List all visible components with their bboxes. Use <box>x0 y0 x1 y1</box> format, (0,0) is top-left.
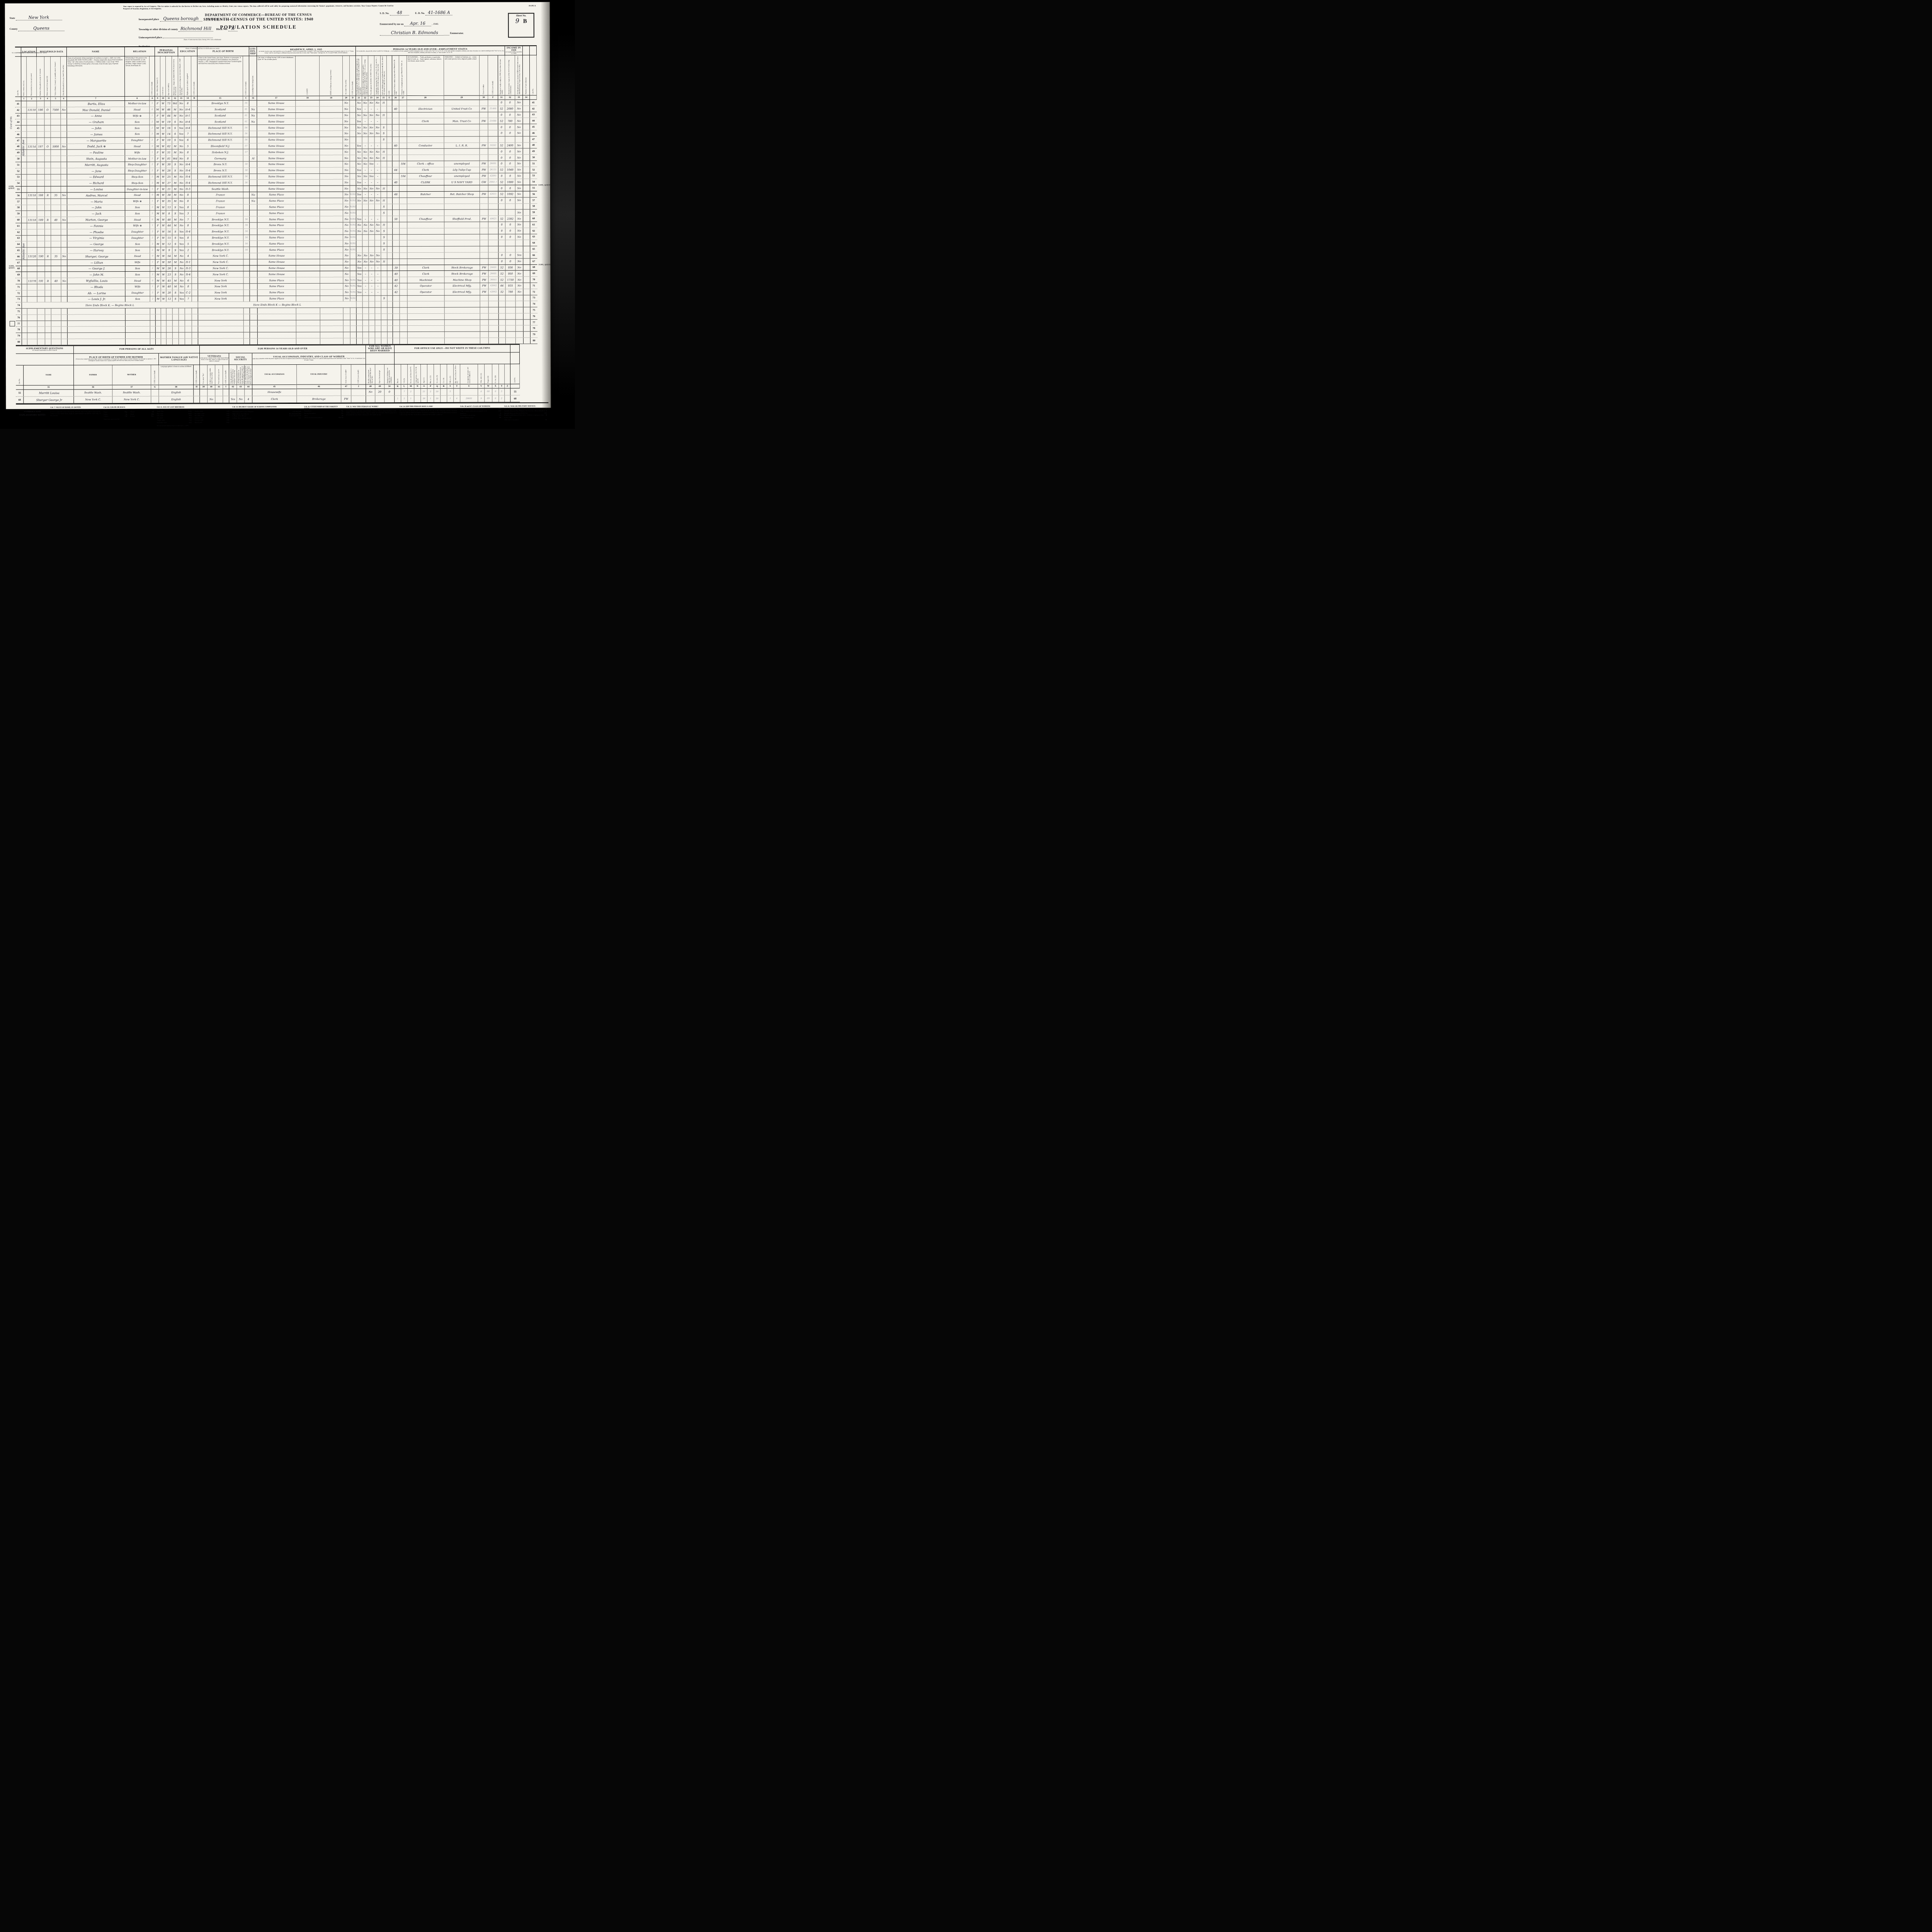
col-house-description: House number (in cities and towns) <box>27 57 37 97</box>
cell-78-c31 <box>499 326 506 332</box>
col-mar-desc-text: Marital status—Single (S), Married (M), … <box>173 56 177 96</box>
cell-44-A: 2 <box>150 119 155 125</box>
cell-65-c21 <box>356 247 362 253</box>
value-c22: No <box>363 156 367 160</box>
value-sch: No <box>179 151 183 154</box>
line-number: 66 <box>15 254 22 260</box>
cell-43-cty35 <box>296 112 320 118</box>
cell-55-own <box>45 187 51 192</box>
value-pob: Scotland <box>214 120 226 123</box>
cell-61-C: 56 <box>243 223 250 228</box>
value-A: 2 <box>151 163 153 166</box>
cell-44-cit: Na <box>249 119 257 125</box>
cell-45-age: 16 <box>166 125 172 131</box>
cell-60-pob: Brooklyn N.Y. <box>198 216 243 222</box>
cell-54-F: 2664 ✓ <box>488 179 498 185</box>
value-c26: 50 <box>394 218 397 221</box>
cell-77-A <box>150 321 156 327</box>
col-sch-number: 13 <box>178 97 184 101</box>
cell-53-occ: Chauffeur <box>407 173 444 179</box>
note-pair: Unpaid family workerNP <box>460 417 501 419</box>
value-race: W <box>162 285 165 288</box>
col-street-description: Street, avenue, road, etc. <box>21 57 27 97</box>
cell-78-street <box>22 327 27 333</box>
value-cls: PW <box>482 193 486 196</box>
col-P-number: P <box>427 384 434 389</box>
col-farm-description: Does this household live on a farm? (Yes… <box>61 56 67 97</box>
value-C: 56 <box>245 236 248 239</box>
cell-50-age: 81 <box>166 156 172 162</box>
col-S-number: S <box>447 384 454 389</box>
cell-80-race <box>161 339 167 345</box>
line-number: 70 <box>15 278 22 284</box>
cell-80-c22 <box>363 338 369 344</box>
cell-54-value <box>51 180 61 186</box>
col-s41-number: 41 <box>215 385 223 389</box>
cell-78-occ <box>408 326 445 332</box>
cell-68-cls: PW <box>480 265 488 270</box>
cell-47-hh <box>37 138 45 143</box>
cell-71-c33: No <box>516 283 524 289</box>
line-number-right: 53 <box>530 173 537 179</box>
value-grade: H-4 <box>185 181 190 184</box>
value-city35: Same Place <box>269 224 284 227</box>
col-race-description: Color or race <box>160 56 166 97</box>
cell-50-pob: Germany <box>198 155 243 161</box>
cell-45-c31: 0 <box>498 124 505 130</box>
cell-49-farm <box>61 150 67 156</box>
cell-55-c32: 0 <box>505 185 515 191</box>
cell-41-occ <box>407 100 444 106</box>
cell-56-c24: – <box>375 192 381 197</box>
cell-64-age: 12 <box>166 241 172 247</box>
note-section-4: Col. 14. HIGHEST GRADE OF SCHOOL COMPLET… <box>231 405 303 427</box>
cell-69-own <box>45 272 51 278</box>
cell-80-value <box>51 339 61 345</box>
group-location: LOCATION <box>21 48 37 57</box>
value-age: 38 <box>167 194 170 197</box>
col-cit-number: 16 <box>249 96 257 100</box>
cell-77-ind <box>445 320 480 325</box>
cell-52-C: 30 <box>243 168 250 173</box>
value-pob: France <box>216 206 225 209</box>
cell-55-c24: No <box>375 185 381 191</box>
col-C-number: C <box>243 96 249 100</box>
value-race: W <box>162 169 165 172</box>
cell-71-city35: Same Place <box>258 284 296 289</box>
cell-51-D <box>350 161 356 167</box>
cell-67-ind <box>444 259 480 264</box>
cell-41-race: W <box>160 101 166 107</box>
cell-55-st35 <box>320 186 343 192</box>
cell-68-sfa: New York C. <box>74 396 112 403</box>
value-c24: No <box>376 224 380 227</box>
cell-63-c21 <box>356 235 362 240</box>
cell-60-farm: No <box>61 217 67 223</box>
value-X: 0 <box>495 391 496 393</box>
cell-77-cls <box>480 320 489 325</box>
value-C: 30 <box>245 163 248 166</box>
block-end-note: Here Ends Block K. — Begins Block L <box>22 302 198 308</box>
cell-77-c25 <box>381 320 388 326</box>
cell-43-F <box>488 112 498 118</box>
cell-65-c25: S <box>381 247 387 252</box>
value-s49: 20 <box>378 391 381 394</box>
cell-52-own <box>45 168 51 174</box>
col-M-number: M <box>408 384 414 389</box>
cell-52-sex: F <box>155 168 161 174</box>
line-number: 55 <box>16 390 24 396</box>
value-name: — John <box>90 206 102 209</box>
cell-55-cit <box>250 186 257 192</box>
cell-72-c22: – <box>363 289 369 295</box>
cell-55-c27 <box>400 185 407 191</box>
cell-52-ind: Lily Tulip Cup <box>444 167 480 173</box>
township-label: Township or other division of county <box>139 28 178 31</box>
cell-52-house <box>27 168 37 174</box>
cell-64-c33 <box>515 240 523 246</box>
cell-62-pob: Brooklyn N.Y. <box>198 229 243 235</box>
cell-69-c33: No <box>515 271 523 277</box>
cell-45-C: 56 <box>243 125 249 131</box>
group-education: EDUCATION <box>178 47 197 56</box>
cell-45-c21: No <box>356 125 362 131</box>
value-c25: H <box>383 224 385 227</box>
group-label: FOR PERSONS 14 YEARS OLD AND OVER <box>258 348 307 350</box>
cell-63-grade: 8 <box>185 235 192 241</box>
value-ind: L. I. R. R. <box>456 144 468 147</box>
value-F: 21680 <box>490 120 496 122</box>
cell-49-house <box>27 150 37 156</box>
cell-46-cls <box>480 131 488 136</box>
cell-59-c21 <box>356 210 362 216</box>
cell-76-sch <box>179 315 185 320</box>
cell-64-sch: Yes <box>179 241 185 247</box>
form-header: 16-202 A Your report is required by Act … <box>7 3 548 47</box>
line-number: 69 <box>15 272 22 278</box>
line-number-right: 68 <box>530 265 537 270</box>
cell-80-A <box>150 339 156 345</box>
cell-52-value <box>51 168 61 174</box>
value-fm35: No <box>344 138 348 141</box>
cell-57-sch: No <box>179 198 185 204</box>
value-c31: 0 <box>501 101 502 104</box>
value-race: W <box>162 298 165 301</box>
value-A: 0 <box>152 218 153 221</box>
line-number: 54 <box>15 180 22 186</box>
cell-46-c24: No <box>374 131 381 136</box>
value-C: 61 <box>245 121 247 123</box>
line-number: 55 <box>15 187 22 192</box>
value-age: 26 <box>168 267 171 270</box>
cell-65-F <box>488 247 498 252</box>
cell-57-cls <box>480 197 488 203</box>
value-c32: 0 <box>509 199 511 202</box>
cell-75-fm35 <box>344 308 350 314</box>
cell-76-name <box>68 315 126 320</box>
value-c22: No <box>364 260 367 264</box>
cell-70-c32: 1750 <box>505 277 515 282</box>
cell-72-farm <box>61 290 68 296</box>
cell-72-pob: New York <box>198 290 244 296</box>
cell-52-cls: PW <box>480 167 488 173</box>
cell-68-race: W <box>161 265 166 271</box>
value-pob: Brooklyn N.Y. <box>212 218 229 221</box>
value-C: 56 <box>245 224 248 227</box>
cell-67-cit <box>250 259 257 265</box>
cell-44-st35 <box>320 119 343 124</box>
value-pob: New York C. <box>213 273 228 276</box>
col-age-description: Age at last birthday <box>166 56 172 97</box>
cell-79-hh <box>37 333 45 339</box>
cell-53-c32: 0 <box>505 173 515 179</box>
cell-48-c26: 60 <box>393 143 400 149</box>
value-grade: 7 <box>187 297 189 300</box>
cell-59-D: XOXO <box>350 210 356 216</box>
value-grade: 2 <box>187 248 189 252</box>
cell-68-c32: 936 <box>505 265 515 270</box>
cell-75-farm <box>61 309 68 315</box>
value-grade: H-4 <box>185 120 190 123</box>
cell-55-s44 <box>245 389 252 396</box>
value-city35: Same House <box>269 260 285 264</box>
value-A: 2 <box>152 267 153 270</box>
cell-73-sch: Yes <box>179 296 185 302</box>
cell-42-c32: 2080 <box>505 106 515 112</box>
col-smo-number: 37 <box>112 385 151 389</box>
cell-57-c32: 0 <box>505 197 515 203</box>
cell-78-cls <box>480 326 489 332</box>
value-mar: S <box>174 236 176 240</box>
cell-57-B <box>192 198 198 204</box>
col-c25-description: Indicate whether engaged in home housewo… <box>381 56 387 96</box>
cell-78-rel <box>126 327 150 332</box>
value-ind: unemployed <box>454 162 470 165</box>
col-house-desc-text: House number (in cities and towns) <box>30 72 33 96</box>
value-city35: Same Place <box>269 291 284 294</box>
cell-43-ind <box>444 112 480 118</box>
col-c24-number: 24 <box>374 96 381 100</box>
cell-59-c27 <box>400 210 407 216</box>
cell-46-c25: S <box>381 131 387 136</box>
cell-58-cit <box>250 204 257 210</box>
value-c32: 935 <box>508 284 513 287</box>
cell-62-c25: S <box>381 228 387 234</box>
cell-78-name <box>68 327 126 333</box>
cell-41-c25: H <box>381 100 387 106</box>
cell-62-mar: S <box>172 229 179 235</box>
cell-55-G <box>151 389 159 396</box>
value-fm35: No <box>344 126 348 129</box>
cell-76-E <box>388 314 393 320</box>
group-subtext: If born in the United States, give State… <box>74 359 158 362</box>
value-mar: S <box>174 163 176 166</box>
value-city35: Same House <box>269 254 285 257</box>
line-number: 67 <box>15 260 22 265</box>
cell-47-own <box>45 138 51 143</box>
cell-45-c23: No <box>368 125 374 131</box>
col-K-description: Ten (4) <box>395 364 401 384</box>
value-occ: Butcher <box>420 193 431 196</box>
value-Y: 5 <box>501 391 502 393</box>
value-c31: 0 <box>501 132 502 135</box>
cell-75-sch <box>179 308 185 314</box>
cell-66-name: Sherger, George <box>67 253 125 259</box>
value-F: 40621 <box>490 218 497 220</box>
cell-62-name: — Phoebe <box>67 229 125 235</box>
cell-76-rel <box>126 315 150 320</box>
cell-80-farm <box>61 339 68 345</box>
line-number-right: 79 <box>531 332 537 338</box>
cell-59-c31 <box>498 210 505 216</box>
note-section-7: Col. 24. DID THIS PERSON HAVE A JOB?Ente… <box>398 405 459 427</box>
line-number: 50 <box>15 156 22 162</box>
cell-63-hh <box>37 235 45 241</box>
cell-63-c32: 0 <box>505 234 515 240</box>
value-own: R <box>47 194 49 197</box>
value-c22: No <box>364 230 367 233</box>
cell-45-F <box>488 124 498 130</box>
cell-55-slang: English <box>159 389 194 396</box>
cell-66-c32: 0 <box>505 252 515 258</box>
cell-52-D <box>350 167 356 173</box>
value-sex: F <box>157 200 159 203</box>
cell-57-c33: No <box>515 197 523 203</box>
cell-48-farm: No <box>61 144 67 150</box>
cell-55-H <box>194 389 200 396</box>
cell-46-cit <box>249 131 257 137</box>
value-age: 30 <box>167 163 170 166</box>
cell-62-hh <box>37 229 45 235</box>
cell-68-Z <box>505 395 510 402</box>
cell-68-F: 26681 <box>488 265 498 270</box>
cell-67-city35: Same House <box>257 259 296 265</box>
value-rel: Wife ⊗ <box>133 200 142 203</box>
cell-69-c31: 52 <box>498 271 505 277</box>
cell-57-ind <box>444 197 480 203</box>
cell-77-sex <box>156 320 161 326</box>
cell-47-c23 <box>369 137 375 143</box>
value-c21: No <box>357 132 361 135</box>
cell-74-F <box>489 301 499 307</box>
cell-69-ind: Stock Brokerage <box>444 271 480 277</box>
cell-61-house <box>27 223 37 229</box>
value-pob: New York C. <box>213 255 228 258</box>
value-c33: No <box>517 101 521 104</box>
cell-42-A: 0 <box>150 107 155 113</box>
cell-60-sex: M <box>155 217 161 223</box>
cell-79-B <box>192 333 198 338</box>
value-pob: Brooklyn N.Y. <box>212 230 229 233</box>
value-name: — Harvey <box>88 248 104 252</box>
cell-77-grade <box>185 320 192 326</box>
cell-52-B <box>192 168 198 173</box>
group-subtext: IN WHAT PLACE DID THIS PERSON LIVE ON AP… <box>257 51 355 54</box>
line-number-right: 47 <box>530 136 537 142</box>
value-C: 56 <box>245 102 247 105</box>
cell-77-fm35 <box>344 320 350 326</box>
value-X: 0 <box>495 398 496 400</box>
cell-43-cit: Na <box>249 113 257 119</box>
value-c33: No <box>517 107 521 111</box>
cell-55-value <box>51 187 61 192</box>
cell-80-c27 <box>400 338 408 344</box>
value-D: XOXO <box>350 248 356 251</box>
cell-64-farm <box>61 241 67 247</box>
cell-53-pob: Richmond Hill N.Y. <box>198 174 243 180</box>
enumeration-year: , 1940. <box>432 23 439 26</box>
cell-68-H <box>194 396 200 403</box>
cell-42-st35 <box>320 106 343 112</box>
cell-46-c21: No <box>356 131 362 136</box>
cell-66-race: W <box>161 253 166 259</box>
cell-66-mar: M <box>172 253 179 259</box>
cell-64-hh <box>37 241 45 247</box>
cell-48-own: O <box>45 144 51 150</box>
ward-label: Ward of city <box>206 18 219 20</box>
value-c31: 0 <box>501 199 502 202</box>
cell-51-house <box>27 162 37 168</box>
cell-65-ind <box>444 247 480 252</box>
col-c21-desc-text: Was this person AT WORK for pay or profi… <box>356 56 362 95</box>
col-occ-desc-text: OCCUPATION — Trade, profession, or parti… <box>407 56 444 63</box>
cell-68-P: 1 <box>427 396 434 402</box>
cell-50-c32: 0 <box>505 155 515 161</box>
value-A: 0 <box>151 109 153 111</box>
cell-56-E <box>387 192 393 197</box>
value-race: W <box>162 108 164 111</box>
cell-79-value <box>51 333 61 339</box>
cell-66-rel: Head <box>125 253 150 259</box>
cell-68-E <box>387 265 393 271</box>
cell-80-age <box>167 339 173 345</box>
col-own-description: Home owned (O) or rented (R) <box>44 57 51 97</box>
group-label: NAME <box>92 51 100 53</box>
note-pair: September 19396/12 <box>157 422 192 424</box>
value-C: 56 <box>245 182 248 184</box>
cell-41-c21: No <box>356 100 362 106</box>
cell-77-E <box>388 320 393 326</box>
cell-60-occ: Chauffeur <box>407 216 444 222</box>
line-number-right: 72 <box>531 289 537 295</box>
cell-54-E <box>387 180 393 185</box>
cell-47-B <box>192 137 198 143</box>
cell-56-c25 <box>381 192 387 197</box>
note-section-2: Col. 10. COLOR OR RACE:WhiteWNegroNegInd… <box>102 405 155 427</box>
cell-43-age: 44 <box>166 113 172 119</box>
line-number: 58 <box>15 205 22 211</box>
cell-44-c22: – <box>362 119 368 124</box>
cell-77-sch <box>179 320 185 326</box>
cell-72-c33: No <box>516 289 524 295</box>
cell-45-occ <box>407 124 444 130</box>
cell-71-mar: M <box>173 284 179 290</box>
cell-75-c31 <box>499 308 506 313</box>
cell-52-c25 <box>381 167 387 173</box>
cell-50-c27 <box>400 155 407 161</box>
line-number: 63 <box>15 235 22 241</box>
cell-78-c23 <box>369 326 375 332</box>
cell-51-age: 30 <box>166 162 172 168</box>
value-pob: New York C. <box>213 267 228 270</box>
cell-62-c34 <box>523 228 530 234</box>
cell-64-rel: Son <box>125 241 150 247</box>
col-s41-desc-text: War or military service <box>218 369 220 385</box>
cell-67-occ <box>407 259 444 265</box>
value-c24: No <box>376 114 379 117</box>
cell-50-name: Stein, Augusta <box>67 156 125 162</box>
cell-76-grade <box>185 314 192 320</box>
